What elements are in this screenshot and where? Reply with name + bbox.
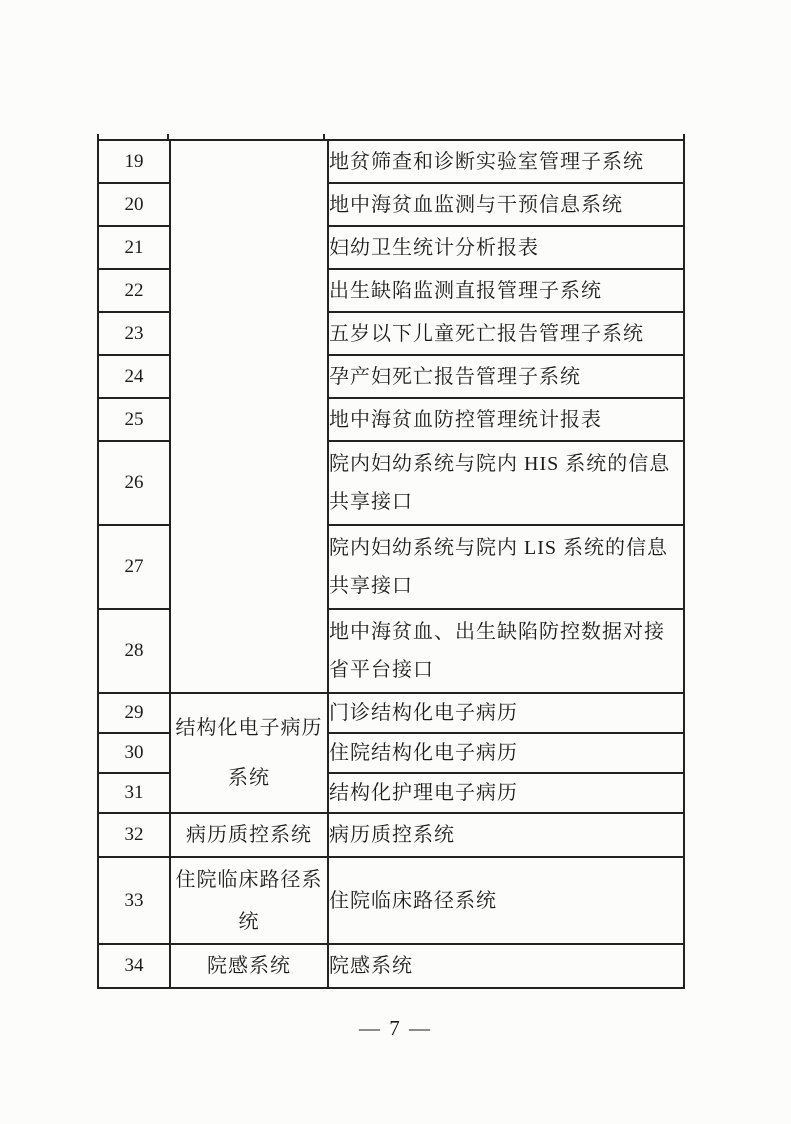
table-row: 33 住院临床路径系统 住院临床路径系统 [98,857,684,944]
row-number-cell: 19 [98,140,170,183]
category-cell: 病历质控系统 [170,813,328,857]
row-number-cell: 28 [98,609,170,693]
page-number: — 7 — [0,1016,791,1041]
category-cell: 结构化电子病历系统 [170,693,328,813]
system-item-cell: 院内妇幼系统与院内 HIS 系统的信息共享接口 [328,441,684,525]
system-item-cell: 地贫筛查和诊断实验室管理子系统 [328,140,684,183]
row-number-cell: 20 [98,183,170,226]
row-number-cell: 22 [98,269,170,312]
system-item-cell: 住院临床路径系统 [328,857,684,944]
category-cell [170,140,328,693]
row-number-cell: 25 [98,398,170,441]
system-item-cell: 出生缺陷监测直报管理子系统 [328,269,684,312]
category-cell: 院感系统 [170,944,328,988]
row-number-cell: 23 [98,312,170,355]
system-item-cell: 妇幼卫生统计分析报表 [328,226,684,269]
row-number-cell: 24 [98,355,170,398]
scanned-document-page: 19 地贫筛查和诊断实验室管理子系统 20 地中海贫血监测与干预信息系统 21 … [0,0,791,1124]
row-number-cell: 33 [98,857,170,944]
systems-table: 19 地贫筛查和诊断实验室管理子系统 20 地中海贫血监测与干预信息系统 21 … [97,139,685,989]
system-item-cell: 住院结构化电子病历 [328,733,684,773]
system-item-cell: 地中海贫血、出生缺陷防控数据对接省平台接口 [328,609,684,693]
row-number-cell: 32 [98,813,170,857]
row-number-cell: 34 [98,944,170,988]
row-number-cell: 27 [98,525,170,609]
table-row: 19 地贫筛查和诊断实验室管理子系统 [98,140,684,183]
table-row: 29 结构化电子病历系统 门诊结构化电子病历 [98,693,684,733]
system-item-cell: 五岁以下儿童死亡报告管理子系统 [328,312,684,355]
system-item-cell: 院感系统 [328,944,684,988]
row-number-cell: 31 [98,773,170,813]
table-row: 32 病历质控系统 病历质控系统 [98,813,684,857]
row-number-cell: 26 [98,441,170,525]
system-item-cell: 院内妇幼系统与院内 LIS 系统的信息共享接口 [328,525,684,609]
system-item-cell: 结构化护理电子病历 [328,773,684,813]
system-item-cell: 孕产妇死亡报告管理子系统 [328,355,684,398]
system-item-cell: 病历质控系统 [328,813,684,857]
system-item-cell: 地中海贫血防控管理统计报表 [328,398,684,441]
category-cell: 住院临床路径系统 [170,857,328,944]
row-number-cell: 29 [98,693,170,733]
table-row: 34 院感系统 院感系统 [98,944,684,988]
row-number-cell: 30 [98,733,170,773]
system-item-cell: 门诊结构化电子病历 [328,693,684,733]
row-number-cell: 21 [98,226,170,269]
system-item-cell: 地中海贫血监测与干预信息系统 [328,183,684,226]
